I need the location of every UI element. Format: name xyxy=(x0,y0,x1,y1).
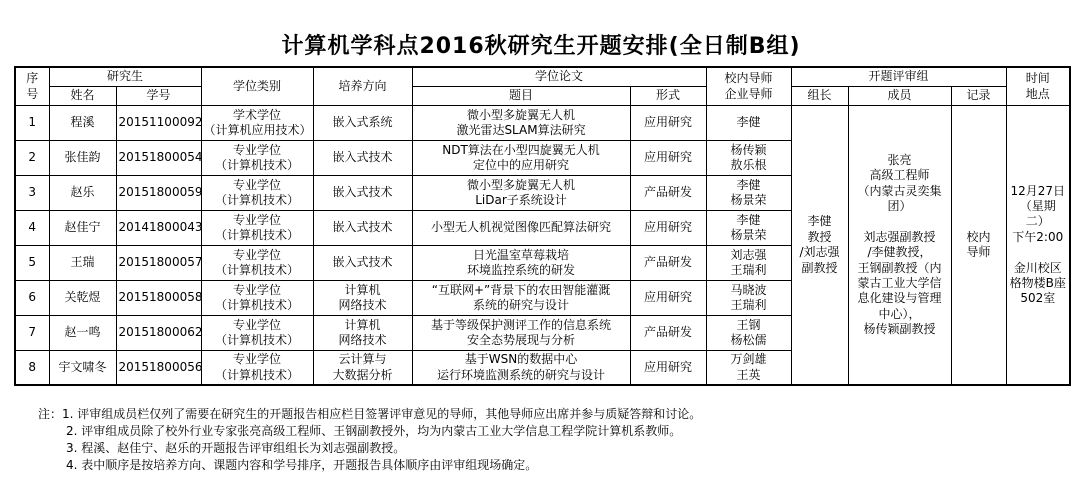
cell-student-id: 20151100092 xyxy=(116,105,201,140)
notes-label: 注： xyxy=(38,407,62,421)
cell-no: 6 xyxy=(15,280,49,315)
col-header-leader: 组长 xyxy=(791,86,848,105)
cell-name: 赵乐 xyxy=(49,175,116,210)
cell-student-id: 20151800059 xyxy=(116,175,201,210)
col-header-form: 形式 xyxy=(630,86,706,105)
cell-direction: 嵌入式技术 xyxy=(313,140,412,175)
cell-direction: 计算机 网络技术 xyxy=(313,315,412,350)
cell-direction: 嵌入式系统 xyxy=(313,105,412,140)
cell-mentor: 王钢 杨松儒 xyxy=(706,315,791,350)
cell-mentor: 李健 杨景荣 xyxy=(706,210,791,245)
cell-name: 赵一鸣 xyxy=(49,315,116,350)
cell-no: 2 xyxy=(15,140,49,175)
cell-student-id: 20151800057 xyxy=(116,245,201,280)
cell-direction: 云计算与 大数据分析 xyxy=(313,350,412,385)
cell-degree: 专业学位 （计算机技术） xyxy=(201,245,313,280)
cell-form: 应用研究 xyxy=(630,140,706,175)
cell-degree: 专业学位 （计算机技术） xyxy=(201,210,313,245)
document-page: 计算机学科点2016秋研究生开题安排(全日制B组) 序 号 研究生 学位类别 培… xyxy=(0,0,1082,504)
cell-thesis-title: 基于等级保护测评工作的信息系统 安全态势展现与分析 xyxy=(412,315,630,350)
cell-degree: 学术学位 （计算机应用技术） xyxy=(201,105,313,140)
col-header-student-group: 研究生 xyxy=(49,67,201,86)
cell-no: 7 xyxy=(15,315,49,350)
cell-degree: 专业学位 （计算机技术） xyxy=(201,140,313,175)
cell-name: 关乾煜 xyxy=(49,280,116,315)
cell-direction: 计算机 网络技术 xyxy=(313,280,412,315)
cell-student-id: 20151800058 xyxy=(116,280,201,315)
notes: 注：1. 评审组成员栏仅列了需要在研究生的开题报告相应栏目签署评审意见的导师，其… xyxy=(38,406,1082,474)
cell-thesis-title: 微小型多旋翼无人机 激光雷达SLAM算法研究 xyxy=(412,105,630,140)
cell-student-id: 20151800056 xyxy=(116,350,201,385)
cell-mentor: 李健 xyxy=(706,105,791,140)
cell-thesis-title: “互联网+”背景下的农田智能灌溉 系统的研究与设计 xyxy=(412,280,630,315)
col-header-thesis-group: 学位论文 xyxy=(412,67,706,86)
cell-no: 8 xyxy=(15,350,49,385)
cell-thesis-title: 基于WSN的数据中心 运行环境监测系统的研究与设计 xyxy=(412,350,630,385)
cell-no: 3 xyxy=(15,175,49,210)
cell-form: 产品研发 xyxy=(630,315,706,350)
cell-form: 应用研究 xyxy=(630,280,706,315)
cell-direction: 嵌入式技术 xyxy=(313,175,412,210)
cell-name: 程溪 xyxy=(49,105,116,140)
cell-mentor: 刘志强 王瑞利 xyxy=(706,245,791,280)
cell-name: 赵佳宁 xyxy=(49,210,116,245)
cell-thesis-title: 日光温室草莓栽培 环境监控系统的研发 xyxy=(412,245,630,280)
note-item: 3. 程溪、赵佳宁、赵乐的开题报告评审组组长为刘志强副教授。 xyxy=(38,440,1082,457)
cell-name: 宇文啸冬 xyxy=(49,350,116,385)
note-text: 1. 评审组成员栏仅列了需要在研究生的开题报告相应栏目签署评审意见的导师，其他导… xyxy=(62,407,701,421)
cell-thesis-title: 微小型多旋翼无人机 LiDar子系统设计 xyxy=(412,175,630,210)
cell-form: 应用研究 xyxy=(630,350,706,385)
cell-form: 产品研发 xyxy=(630,175,706,210)
cell-no: 5 xyxy=(15,245,49,280)
page-title: 计算机学科点2016秋研究生开题安排(全日制B组) xyxy=(0,0,1082,60)
cell-student-id: 20151800054 xyxy=(116,140,201,175)
col-header-no: 序 号 xyxy=(15,67,49,105)
cell-thesis-title: 小型无人机视觉图像匹配算法研究 xyxy=(412,210,630,245)
cell-form: 应用研究 xyxy=(630,210,706,245)
cell-time-place: 12月27日 （星期二） 下午2:00 金川校区 格物楼B座 502室 xyxy=(1006,105,1070,385)
col-header-name: 姓名 xyxy=(49,86,116,105)
col-header-mentor: 校内导师 企业导师 xyxy=(706,67,791,105)
cell-review-leader: 李健 教授 /刘志强 副教授 xyxy=(791,105,848,385)
col-header-members: 成员 xyxy=(848,86,951,105)
cell-degree: 专业学位 （计算机技术） xyxy=(201,280,313,315)
col-header-direction: 培养方向 xyxy=(313,67,412,105)
header-row-2: 姓名 学号 题目 形式 组长 成员 记录 xyxy=(15,86,1070,105)
table-row: 1 程溪 20151100092 学术学位 （计算机应用技术） 嵌入式系统 微小… xyxy=(15,105,1070,140)
cell-student-id: 20151800062 xyxy=(116,315,201,350)
cell-name: 张佳韵 xyxy=(49,140,116,175)
col-header-review-group: 开题评审组 xyxy=(791,67,1006,86)
cell-student-id: 20141800043 xyxy=(116,210,201,245)
cell-direction: 嵌入式技术 xyxy=(313,245,412,280)
cell-mentor: 万剑雄 王英 xyxy=(706,350,791,385)
cell-degree: 专业学位 （计算机技术） xyxy=(201,350,313,385)
col-header-degree: 学位类别 xyxy=(201,67,313,105)
cell-review-members: 张亮 高级工程师 （内蒙古灵奕集 团） 刘志强副教授 /李健教授， 王钢副教授（… xyxy=(848,105,951,385)
col-header-thesis-title: 题目 xyxy=(412,86,630,105)
cell-no: 4 xyxy=(15,210,49,245)
cell-no: 1 xyxy=(15,105,49,140)
note-item: 2. 评审组成员除了校外行业专家张亮高级工程师、王钢副教授外，均为内蒙古工业大学… xyxy=(38,423,1082,440)
note-item: 4. 表中顺序是按培养方向、课题内容和学号排序，开题报告具体顺序由评审组现场确定… xyxy=(38,457,1082,474)
cell-mentor: 李健 杨景荣 xyxy=(706,175,791,210)
cell-degree: 专业学位 （计算机技术） xyxy=(201,175,313,210)
cell-degree: 专业学位 （计算机技术） xyxy=(201,315,313,350)
cell-name: 王瑞 xyxy=(49,245,116,280)
note-item: 注：1. 评审组成员栏仅列了需要在研究生的开题报告相应栏目签署评审意见的导师，其… xyxy=(38,406,1082,423)
cell-mentor: 杨传颖 敖乐根 xyxy=(706,140,791,175)
col-header-time-place: 时间 地点 xyxy=(1006,67,1070,105)
header-row-1: 序 号 研究生 学位类别 培养方向 学位论文 校内导师 企业导师 开题评审组 时… xyxy=(15,67,1070,86)
schedule-table: 序 号 研究生 学位类别 培养方向 学位论文 校内导师 企业导师 开题评审组 时… xyxy=(14,66,1071,386)
cell-form: 应用研究 xyxy=(630,105,706,140)
cell-direction: 嵌入式技术 xyxy=(313,210,412,245)
col-header-student-id: 学号 xyxy=(116,86,201,105)
cell-review-recorder: 校内 导师 xyxy=(951,105,1006,385)
cell-mentor: 马晓波 王瑞利 xyxy=(706,280,791,315)
col-header-recorder: 记录 xyxy=(951,86,1006,105)
cell-thesis-title: NDT算法在小型四旋翼无人机 定位中的应用研究 xyxy=(412,140,630,175)
cell-form: 产品研发 xyxy=(630,245,706,280)
